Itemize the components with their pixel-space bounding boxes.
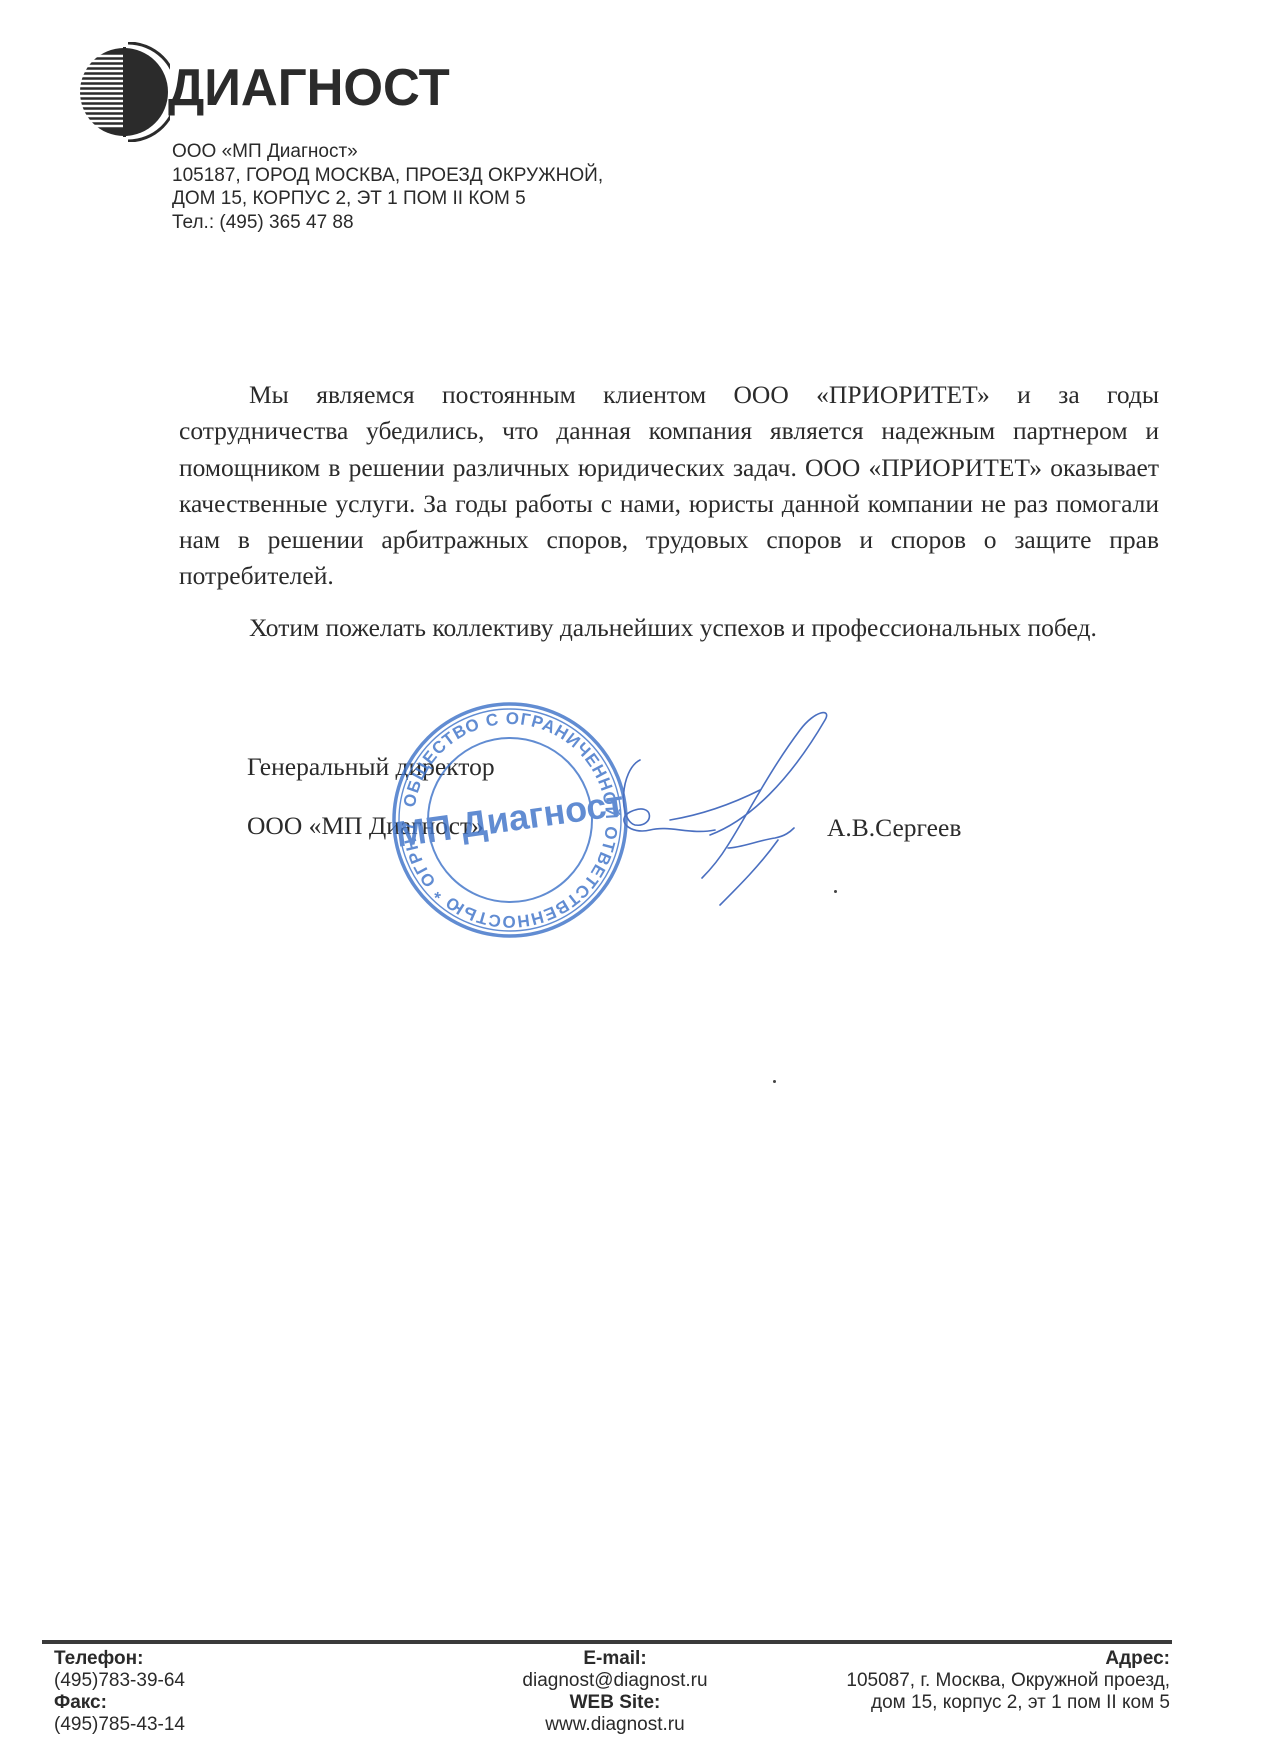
sender-company-name: ООО «МП Диагност»	[172, 140, 603, 164]
email-link[interactable]: diagnost@diagnost.ru	[470, 1670, 760, 1692]
logo-icon	[70, 42, 170, 142]
sender-info: ООО «МП Диагност» 105187, ГОРОД МОСКВА, …	[172, 140, 603, 234]
fax-label: Факс:	[54, 1692, 185, 1714]
logo-wordmark: ДИАГНОСТ	[168, 62, 450, 114]
phone-value: (495)783-39-64	[54, 1670, 185, 1692]
fax-value: (495)785-43-14	[54, 1714, 185, 1736]
handwritten-signature	[610, 700, 850, 910]
paragraph: Хотим пожелать коллективу дальнейших усп…	[179, 610, 1159, 646]
footer-contacts: Телефон: (495)783-39-64 Факс: (495)785-4…	[54, 1648, 185, 1736]
scan-speck	[834, 890, 837, 893]
sender-address-line2: ДОМ 15, КОРПУС 2, ЭТ 1 ПОМ II КОМ 5	[172, 187, 603, 211]
sender-address-line1: 105187, ГОРОД МОСКВА, ПРОЕЗД ОКРУЖНОЙ,	[172, 164, 603, 188]
footer-divider	[42, 1640, 1172, 1644]
footer-online: E-mail: diagnost@diagnost.ru WEB Site: w…	[470, 1648, 760, 1736]
website-link[interactable]: www.diagnost.ru	[470, 1714, 760, 1736]
address-label: Адрес:	[846, 1648, 1170, 1670]
address-line1: 105087, г. Москва, Окружной проезд,	[846, 1670, 1170, 1692]
address-line2: дом 15, корпус 2, эт 1 пом II ком 5	[846, 1692, 1170, 1714]
footer-address: Адрес: 105087, г. Москва, Окружной проез…	[846, 1648, 1170, 1714]
website-label: WEB Site:	[470, 1692, 760, 1714]
sender-phone: Тел.: (495) 365 47 88	[172, 211, 603, 235]
phone-label: Телефон:	[54, 1648, 185, 1670]
email-label: E-mail:	[470, 1648, 760, 1670]
scan-speck	[773, 1080, 776, 1083]
letter-body: Мы являемся постоянным клиентом ООО «ПРИ…	[179, 377, 1159, 646]
stamp-center-text: МП Диагност	[393, 782, 626, 855]
paragraph: Мы являемся постоянным клиентом ООО «ПРИ…	[179, 377, 1159, 595]
company-stamp: ОБЩЕСТВО С ОГРАНИЧЕННОЙ ОТВЕТСТВЕННОСТЬЮ…	[388, 698, 632, 942]
